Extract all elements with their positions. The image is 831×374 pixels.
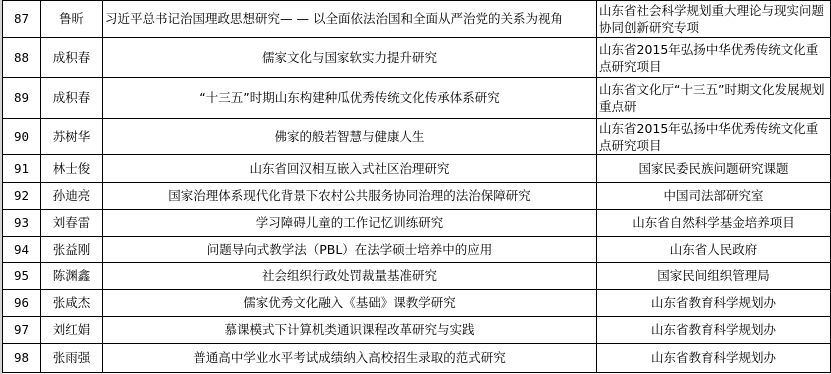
cell-number[interactable]: 96 bbox=[3, 290, 41, 317]
table-row: 89成积春“十三五”时期山东构建种瓜优秀传统文化传承体系研究山东省文化厅“十三五… bbox=[3, 78, 831, 119]
cell-number[interactable]: 92 bbox=[3, 183, 41, 210]
cell-number[interactable]: 87 bbox=[3, 1, 41, 38]
cell-project-source[interactable]: 山东省人民政府 bbox=[597, 237, 831, 263]
table-row: 93刘春雷学习障碍儿童的工作记忆训练研究山东省自然科学基金培养项目 bbox=[3, 210, 831, 237]
cell-project-source[interactable]: 国家民间组织管理局 bbox=[597, 263, 831, 290]
cell-project-title[interactable]: 社会组织行政处罚裁量基准研究 bbox=[103, 263, 597, 290]
cell-project-title[interactable]: 问题导向式教学法（PBL）在法学硕士培养中的应用 bbox=[103, 237, 597, 263]
cell-project-source[interactable]: 山东省自然科学基金培养项目 bbox=[597, 210, 831, 237]
table-row: 96张咸杰儒家优秀文化融入《基础》课教学研究山东省教育科学规划办 bbox=[3, 290, 831, 317]
cell-project-title[interactable]: 儒家优秀文化融入《基础》课教学研究 bbox=[103, 290, 597, 317]
table-row: 94张益刚问题导向式教学法（PBL）在法学硕士培养中的应用山东省人民政府 bbox=[3, 237, 831, 263]
cell-number[interactable]: 93 bbox=[3, 210, 41, 237]
table-row: 90苏树华佛家的般若智慧与健康人生山东省2015年弘扬中华优秀传统文化重点研究项… bbox=[3, 119, 831, 155]
cell-number[interactable]: 98 bbox=[3, 344, 41, 373]
cell-person-name[interactable]: 刘红娟 bbox=[41, 317, 103, 344]
cell-project-title[interactable]: 普通高中学业水平考试成绩纳入高校招生录取的范式研究 bbox=[103, 344, 597, 373]
cell-project-source[interactable]: 山东省教育科学规划办 bbox=[597, 317, 831, 344]
cell-person-name[interactable]: 孙迪亮 bbox=[41, 183, 103, 210]
cell-person-name[interactable]: 张益刚 bbox=[41, 237, 103, 263]
cell-project-source[interactable]: 山东省2015年弘扬中华优秀传统文化重点研究项目 bbox=[597, 38, 831, 78]
table-row: 91林士俊山东省回汉相互嵌入式社区治理研究国家民委民族问题研究课题 bbox=[3, 155, 831, 183]
cell-project-title[interactable]: 佛家的般若智慧与健康人生 bbox=[103, 119, 597, 155]
cell-person-name[interactable]: 林士俊 bbox=[41, 155, 103, 183]
cell-number[interactable]: 95 bbox=[3, 263, 41, 290]
cell-number[interactable]: 88 bbox=[3, 38, 41, 78]
cell-project-title[interactable]: 学习障碍儿童的工作记忆训练研究 bbox=[103, 210, 597, 237]
cell-project-source[interactable]: 山东省文化厅“十三五”时期文化发展规划重点研 bbox=[597, 78, 831, 119]
cell-project-title[interactable]: 国家治理体系现代化背景下农村公共服务协同治理的法治保障研究 bbox=[103, 183, 597, 210]
cell-project-source[interactable]: 山东省教育科学规划办 bbox=[597, 344, 831, 373]
cell-project-title[interactable]: 山东省回汉相互嵌入式社区治理研究 bbox=[103, 155, 597, 183]
cell-project-source[interactable]: 国家民委民族问题研究课题 bbox=[597, 155, 831, 183]
cell-person-name[interactable]: 刘春雷 bbox=[41, 210, 103, 237]
cell-person-name[interactable]: 鲁昕 bbox=[41, 1, 103, 38]
cell-person-name[interactable]: 苏树华 bbox=[41, 119, 103, 155]
table-row: 98张雨强普通高中学业水平考试成绩纳入高校招生录取的范式研究山东省教育科学规划办 bbox=[3, 344, 831, 373]
table-row: 87鲁昕习近平总书记治国理政思想研究— — 以全面依法治国和全面从严治党的关系为… bbox=[3, 1, 831, 38]
cell-project-source[interactable]: 中国司法部研究室 bbox=[597, 183, 831, 210]
cell-project-title[interactable]: 儒家文化与国家软实力提升研究 bbox=[103, 38, 597, 78]
cell-project-title[interactable]: “十三五”时期山东构建种瓜优秀传统文化传承体系研究 bbox=[103, 78, 597, 119]
cell-project-title[interactable]: 慕课模式下计算机类通识课程改革研究与实践 bbox=[103, 317, 597, 344]
project-table-body: 87鲁昕习近平总书记治国理政思想研究— — 以全面依法治国和全面从严治党的关系为… bbox=[3, 1, 831, 373]
cell-person-name[interactable]: 成积春 bbox=[41, 78, 103, 119]
table-row: 92孙迪亮国家治理体系现代化背景下农村公共服务协同治理的法治保障研究中国司法部研… bbox=[3, 183, 831, 210]
table-row: 97刘红娟慕课模式下计算机类通识课程改革研究与实践山东省教育科学规划办 bbox=[3, 317, 831, 344]
project-table: 87鲁昕习近平总书记治国理政思想研究— — 以全面依法治国和全面从严治党的关系为… bbox=[2, 0, 831, 373]
cell-project-source[interactable]: 山东省教育科学规划办 bbox=[597, 290, 831, 317]
cell-person-name[interactable]: 成积春 bbox=[41, 38, 103, 78]
cell-project-title[interactable]: 习近平总书记治国理政思想研究— — 以全面依法治国和全面从严治党的关系为视角 bbox=[103, 1, 597, 38]
cell-person-name[interactable]: 张咸杰 bbox=[41, 290, 103, 317]
cell-person-name[interactable]: 陈渊鑫 bbox=[41, 263, 103, 290]
cell-number[interactable]: 89 bbox=[3, 78, 41, 119]
table-row: 95陈渊鑫社会组织行政处罚裁量基准研究国家民间组织管理局 bbox=[3, 263, 831, 290]
cell-person-name[interactable]: 张雨强 bbox=[41, 344, 103, 373]
cell-number[interactable]: 90 bbox=[3, 119, 41, 155]
cell-number[interactable]: 97 bbox=[3, 317, 41, 344]
cell-number[interactable]: 91 bbox=[3, 155, 41, 183]
cell-project-source[interactable]: 山东省社会科学规划重大理论与现实问题协同创新研究专项 bbox=[597, 1, 831, 38]
table-row: 88成积春儒家文化与国家软实力提升研究山东省2015年弘扬中华优秀传统文化重点研… bbox=[3, 38, 831, 78]
cell-number[interactable]: 94 bbox=[3, 237, 41, 263]
cell-project-source[interactable]: 山东省2015年弘扬中华优秀传统文化重点研究项目 bbox=[597, 119, 831, 155]
